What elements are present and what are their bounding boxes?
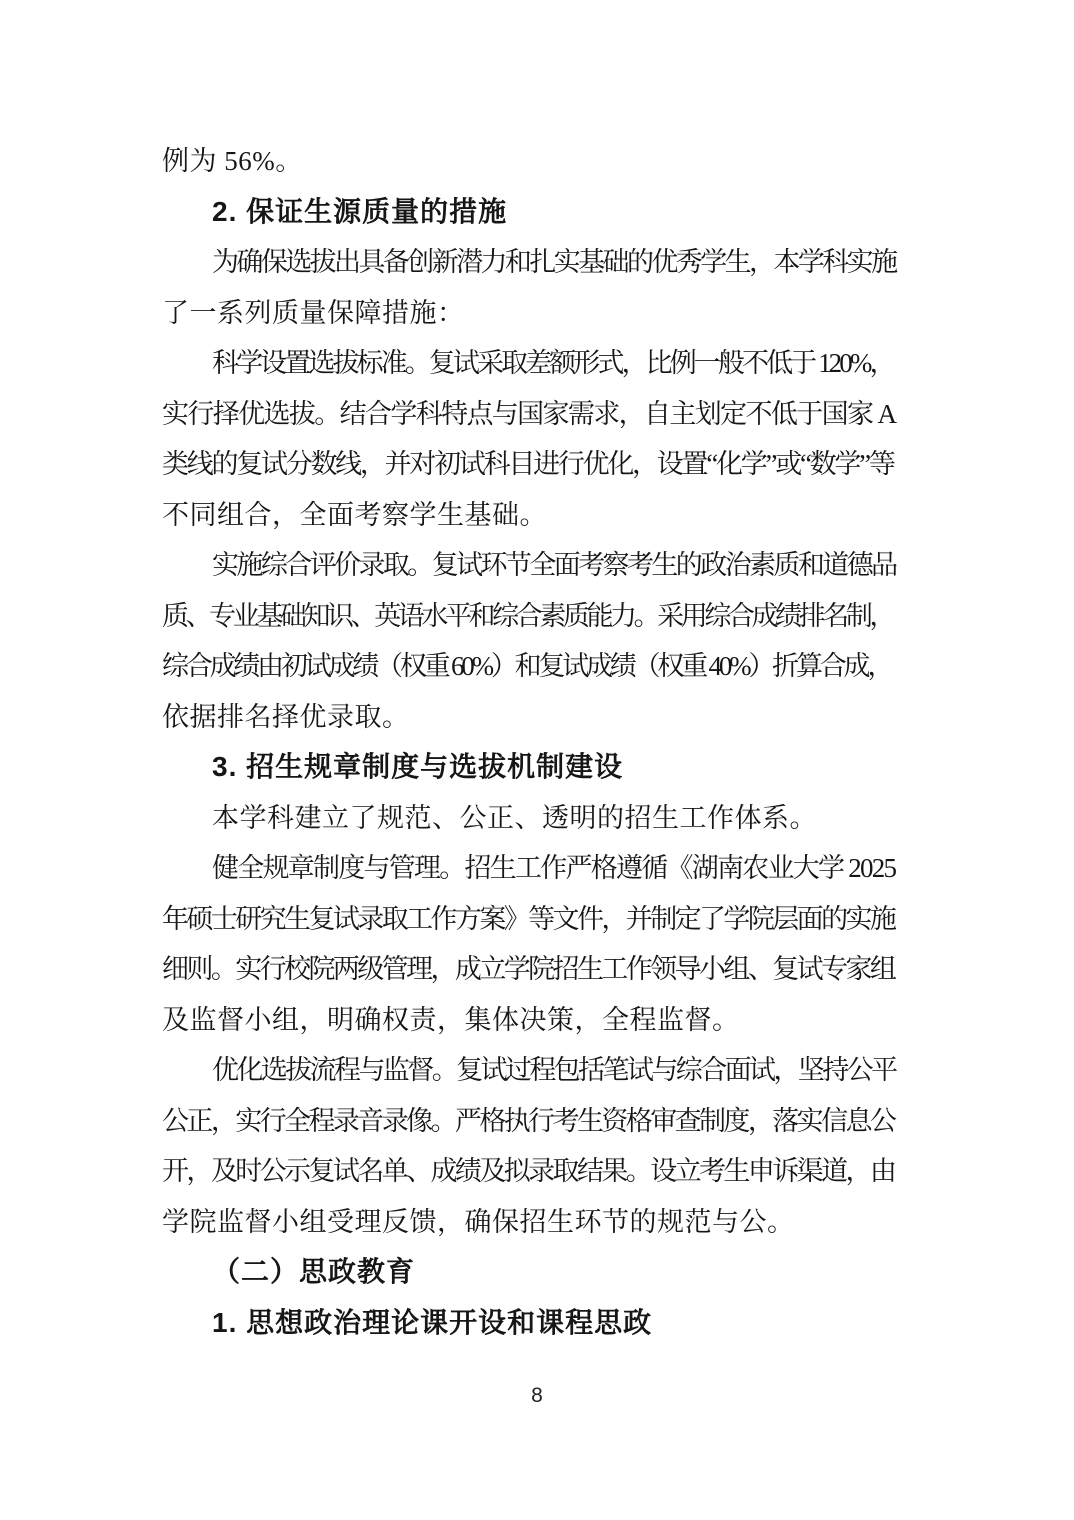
body-line: 依据排名择优录取。 — [162, 692, 912, 743]
body-line: 实行择优选拔。结合学科特点与国家需求，自主划定不低于国家 A — [162, 389, 912, 440]
body-line: 本学科建立了规范、公正、透明的招生工作体系。 — [162, 793, 912, 844]
body-line: 了一系列质量保障措施： — [162, 288, 912, 339]
page-number: 8 — [0, 1382, 1074, 1410]
body-line: 不同组合，全面考察学生基础。 — [162, 490, 912, 541]
body-line: 为确保选拔出具备创新潜力和扎实基础的优秀学生，本学科实施 — [162, 237, 912, 288]
body-line: 科学设置选拔标准。复试采取差额形式，比例一般不低于 120%， — [162, 338, 912, 389]
body-line: 综合成绩由初试成绩（权重 60%）和复试成绩（权重 40%）折算合成， — [162, 641, 912, 692]
body-line: 实施综合评价录取。复试环节全面考察考生的政治素质和道德品 — [162, 540, 912, 591]
body-line: 质、专业基础知识、英语水平和综合素质能力。采用综合成绩排名制， — [162, 591, 912, 642]
body-line: 健全规章制度与管理。招生工作严格遵循《湖南农业大学 2025 — [162, 843, 912, 894]
body-line: 例为 56%。 — [162, 136, 912, 187]
heading-line: 2. 保证生源质量的措施 — [162, 187, 912, 238]
body-line: 学院监督小组受理反馈，确保招生环节的规范与公。 — [162, 1197, 912, 1248]
body-line: 细则。实行校院两级管理，成立学院招生工作领导小组、复试专家组 — [162, 944, 912, 995]
heading-line: （二）思政教育 — [162, 1247, 912, 1298]
body-line: 类线的复试分数线，并对初试科目进行优化，设置“化学”或“数学”等 — [162, 439, 912, 490]
body-line: 及监督小组，明确权责，集体决策，全程监督。 — [162, 995, 912, 1046]
body-line: 公正，实行全程录音录像。严格执行考生资格审查制度，落实信息公 — [162, 1096, 912, 1147]
body-line: 开，及时公示复试名单、成绩及拟录取结果。设立考生申诉渠道，由 — [162, 1146, 912, 1197]
heading-line: 1. 思想政治理论课开设和课程思政 — [162, 1298, 912, 1349]
document-body: 例为 56%。2. 保证生源质量的措施为确保选拔出具备创新潜力和扎实基础的优秀学… — [162, 136, 912, 1348]
body-line: 优化选拔流程与监督。复试过程包括笔试与综合面试，坚持公平 — [162, 1045, 912, 1096]
body-line: 年硕士研究生复试录取工作方案》等文件，并制定了学院层面的实施 — [162, 894, 912, 945]
heading-line: 3. 招生规章制度与选拔机制建设 — [162, 742, 912, 793]
document-page: 例为 56%。2. 保证生源质量的措施为确保选拔出具备创新潜力和扎实基础的优秀学… — [0, 0, 1074, 1520]
